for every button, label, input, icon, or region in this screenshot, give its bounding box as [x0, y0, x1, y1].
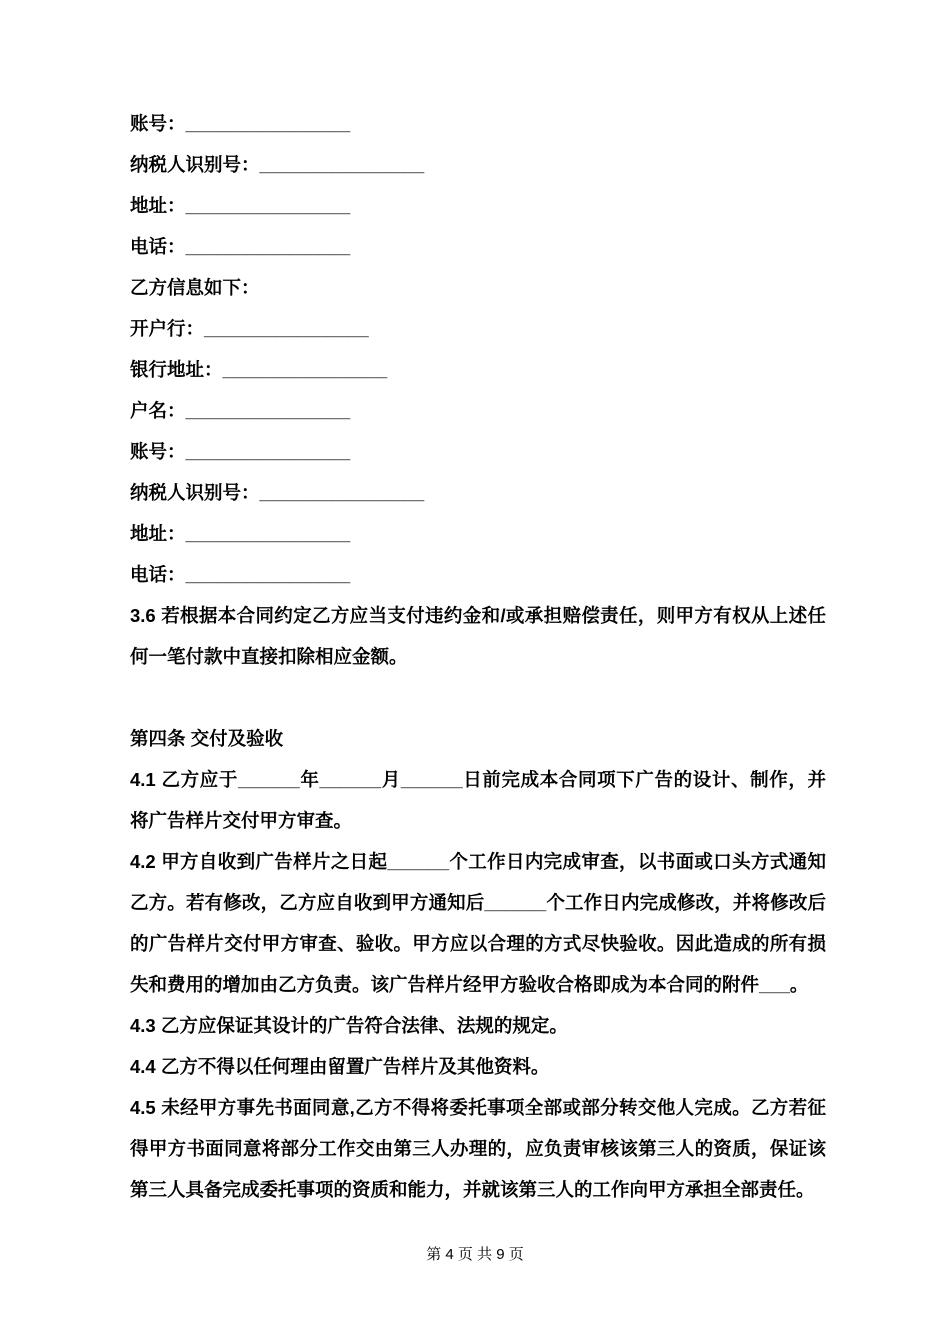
party-a-account-number-field: 账号：________________	[130, 103, 826, 144]
clause-4-5: 4.5 未经甲方事先书面同意,乙方不得将委托事项全部或部分转交他人完成。乙方若征…	[130, 1087, 826, 1210]
field-label: 地址：	[130, 523, 186, 544]
clause-3-6: 3.6 若根据本合同约定乙方应当支付违约金和/或承担赔偿责任，则甲方有权从上述任…	[130, 595, 826, 677]
field-label: 纳税人识别号：	[130, 154, 260, 175]
blank-underline[interactable]: ________________	[186, 400, 351, 421]
field-label: 电话：	[130, 564, 186, 585]
field-label: 电话：	[130, 236, 186, 257]
party-b-phone-field: 电话：________________	[130, 554, 826, 595]
page-number-indicator: 第 4 页 共 9 页	[426, 1246, 524, 1263]
field-label: 地址：	[130, 195, 186, 216]
blank-underline[interactable]: ________________	[260, 154, 425, 175]
party-b-bank-name-field: 开户行：________________	[130, 308, 826, 349]
contract-document-page: 账号：________________ 纳税人识别号：_____________…	[0, 0, 950, 1344]
party-a-taxpayer-id-field: 纳税人识别号：________________	[130, 144, 826, 185]
clause-4-1: 4.1 乙方应于______年______月______日前完成本合同项下广告的…	[130, 759, 826, 841]
field-label: 户名：	[130, 400, 186, 421]
page-footer: 第 4 页 共 9 页	[0, 1244, 950, 1266]
party-b-account-name-field: 户名：________________	[130, 390, 826, 431]
blank-underline[interactable]: ________________	[186, 195, 351, 216]
party-b-bank-address-field: 银行地址：________________	[130, 349, 826, 390]
field-label: 纳税人识别号：	[130, 482, 260, 503]
blank-underline[interactable]: ________________	[186, 564, 351, 585]
party-b-info-heading: 乙方信息如下：	[130, 267, 826, 308]
clause-4-2: 4.2 甲方自收到广告样片之日起______个工作日内完成审查，以书面或口头方式…	[130, 841, 826, 1005]
article-4-heading: 第四条 交付及验收	[130, 718, 826, 759]
blank-underline[interactable]: ________________	[186, 441, 351, 462]
party-b-address-field: 地址：________________	[130, 513, 826, 554]
clause-4-4: 4.4 乙方不得以任何理由留置广告样片及其他资料。	[130, 1046, 826, 1087]
blank-underline[interactable]: ________________	[223, 359, 388, 380]
party-b-account-number-field: 账号：________________	[130, 431, 826, 472]
blank-underline[interactable]: ________________	[186, 236, 351, 257]
blank-underline[interactable]: ________________	[186, 523, 351, 544]
field-label: 账号：	[130, 441, 186, 462]
field-label: 开户行：	[130, 318, 204, 339]
blank-underline[interactable]: ________________	[260, 482, 425, 503]
blank-underline[interactable]: ________________	[204, 318, 369, 339]
field-label: 银行地址：	[130, 359, 223, 380]
field-label: 账号：	[130, 113, 186, 134]
party-a-phone-field: 电话：________________	[130, 226, 826, 267]
party-b-taxpayer-id-field: 纳税人识别号：________________	[130, 472, 826, 513]
contract-body: 账号：________________ 纳税人识别号：_____________…	[130, 0, 826, 1210]
clause-4-3: 4.3 乙方应保证其设计的广告符合法律、法规的规定。	[130, 1005, 826, 1046]
blank-underline[interactable]: ________________	[186, 113, 351, 134]
party-a-address-field: 地址：________________	[130, 185, 826, 226]
